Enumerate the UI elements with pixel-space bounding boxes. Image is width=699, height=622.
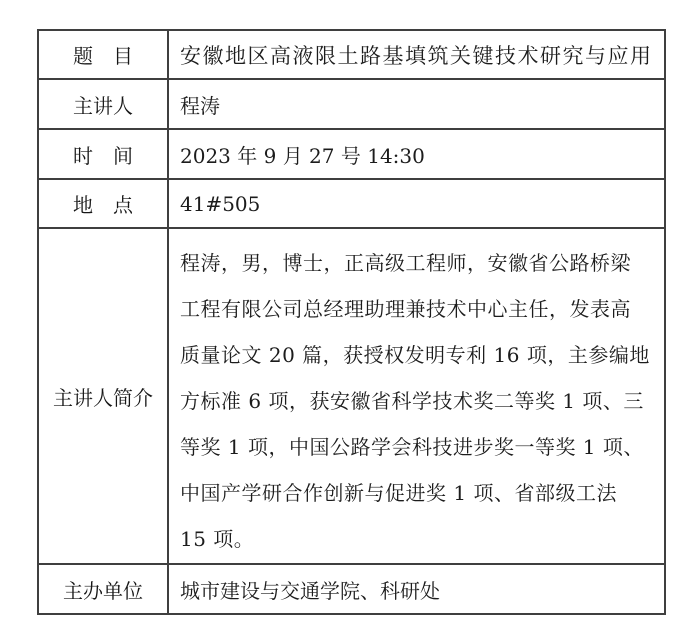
- row-label-place: 地 点: [38, 179, 168, 228]
- bio-line-4: 方标准 6 项，获安徽省科学技术奖二等奖 1 项、三: [180, 378, 656, 424]
- table-row-place: 地 点 41#505: [38, 179, 665, 228]
- row-label-title: 题 目: [38, 30, 168, 79]
- document-page: { "colors": { "page_background": "#fffff…: [0, 0, 699, 622]
- seminar-info-table: 题 目 安徽地区高液限土路基填筑关键技术研究与应用 主讲人 程涛 时 间 202…: [37, 29, 666, 615]
- row-value-place: 41#505: [168, 179, 665, 228]
- table-row-speaker: 主讲人 程涛: [38, 79, 665, 129]
- table-row-time: 时 间 2023 年 9 月 27 号 14:30: [38, 129, 665, 179]
- bio-line-6: 中国产学研合作创新与促进奖 1 项、省部级工法: [180, 470, 656, 516]
- row-label-time: 时 间: [38, 129, 168, 179]
- bio-line-5: 等奖 1 项，中国公路学会科技进步奖一等奖 1 项、: [180, 424, 656, 470]
- table-row-bio: 主讲人简介 程涛，男，博士，正高级工程师，安徽省公路桥梁 工程有限公司总经理助理…: [38, 228, 665, 564]
- row-value-speaker: 程涛: [168, 79, 665, 129]
- row-value-time: 2023 年 9 月 27 号 14:30: [168, 129, 665, 179]
- bio-line-1: 程涛，男，博士，正高级工程师，安徽省公路桥梁: [180, 240, 656, 286]
- row-label-organizer: 主办单位: [38, 564, 168, 614]
- row-value-bio: 程涛，男，博士，正高级工程师，安徽省公路桥梁 工程有限公司总经理助理兼技术中心主…: [168, 228, 665, 564]
- bio-line-7: 15 项。: [180, 516, 656, 562]
- row-label-bio: 主讲人简介: [38, 228, 168, 564]
- bio-line-3: 质量论文 20 篇，获授权发明专利 16 项，主参编地: [180, 332, 656, 378]
- table-row-organizer: 主办单位 城市建设与交通学院、科研处: [38, 564, 665, 614]
- row-value-title: 安徽地区高液限土路基填筑关键技术研究与应用: [168, 30, 665, 79]
- row-value-organizer: 城市建设与交通学院、科研处: [168, 564, 665, 614]
- bio-line-2: 工程有限公司总经理助理兼技术中心主任，发表高: [180, 286, 656, 332]
- table-row-title: 题 目 安徽地区高液限土路基填筑关键技术研究与应用: [38, 30, 665, 79]
- row-label-speaker: 主讲人: [38, 79, 168, 129]
